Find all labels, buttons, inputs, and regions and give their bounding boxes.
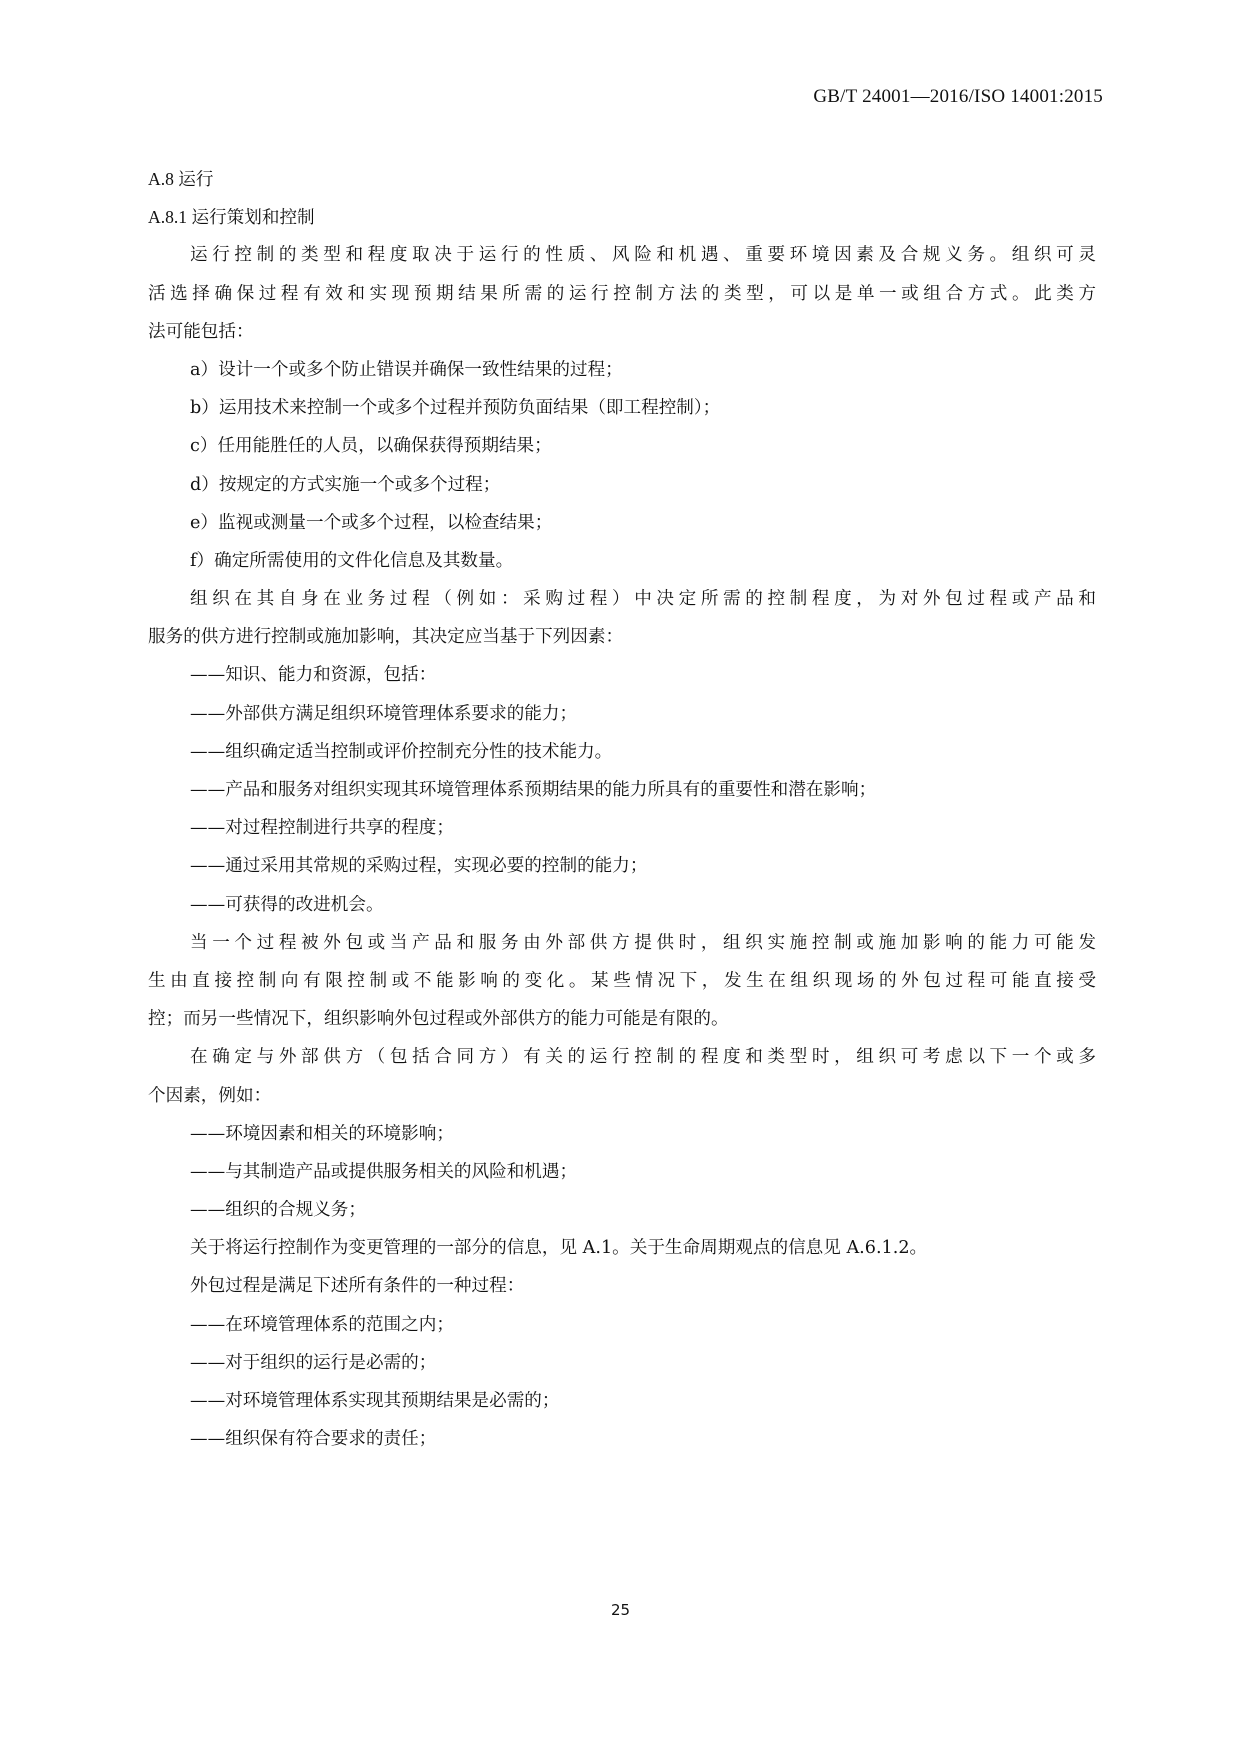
text-line: ——组织确定适当控制或评价控制充分性的技术能力。 bbox=[148, 733, 1096, 771]
page-number: 25 bbox=[0, 1601, 1241, 1619]
text-line: e）监视或测量一个或多个过程，以检查结果； bbox=[148, 504, 1096, 542]
text-line: 控；而另一些情况下，组织影响外包过程或外部供方的能力可能是有限的。 bbox=[148, 1000, 1096, 1038]
text-line: 关于将运行控制作为变更管理的一部分的信息，见 A.1。关于生命周期观点的信息见 … bbox=[148, 1229, 1096, 1267]
text-line: ——通过采用其常规的采购过程，实现必要的控制的能力； bbox=[148, 847, 1096, 885]
text-line: b）运用技术来控制一个或多个过程并预防负面结果（即工程控制）； bbox=[148, 389, 1096, 427]
text-line: 运行控制的类型和程度取决于运行的性质、风险和机遇、重要环境因素及合规义务。组织可… bbox=[148, 236, 1096, 274]
text-line: ——组织保有符合要求的责任； bbox=[148, 1420, 1096, 1458]
document-header: GB/T 24001—2016/ISO 14001:2015 bbox=[813, 86, 1103, 108]
text-line: 法可能包括： bbox=[148, 313, 1096, 351]
document-body: A.8 运行 A.8.1 运行策划和控制 运行控制的类型和程度取决于运行的性质、… bbox=[148, 160, 1096, 1458]
section-title: A.8 运行 bbox=[148, 160, 1096, 198]
text-line: 服务的供方进行控制或施加影响，其决定应当基于下列因素： bbox=[148, 618, 1096, 656]
text-line: ——环境因素和相关的环境影响； bbox=[148, 1115, 1096, 1153]
paragraph-lines: 运行控制的类型和程度取决于运行的性质、风险和机遇、重要环境因素及合规义务。组织可… bbox=[148, 236, 1096, 1458]
text-line: d）按规定的方式实施一个或多个过程； bbox=[148, 466, 1096, 504]
text-line: 在确定与外部供方（包括合同方）有关的运行控制的程度和类型时，组织可考虑以下一个或… bbox=[148, 1038, 1096, 1076]
text-line: ——对于组织的运行是必需的； bbox=[148, 1344, 1096, 1382]
text-line: ——与其制造产品或提供服务相关的风险和机遇； bbox=[148, 1153, 1096, 1191]
text-line: 生由直接控制向有限控制或不能影响的变化。某些情况下，发生在组织现场的外包过程可能… bbox=[148, 962, 1096, 1000]
text-line: ——可获得的改进机会。 bbox=[148, 886, 1096, 924]
text-line: ——对环境管理体系实现其预期结果是必需的； bbox=[148, 1382, 1096, 1420]
text-line: 组织在其自身在业务过程（例如：采购过程）中决定所需的控制程度，为对外包过程或产品… bbox=[148, 580, 1096, 618]
text-line: 当一个过程被外包或当产品和服务由外部供方提供时，组织实施控制或施加影响的能力可能… bbox=[148, 924, 1096, 962]
text-line: ——组织的合规义务； bbox=[148, 1191, 1096, 1229]
text-line: a）设计一个或多个防止错误并确保一致性结果的过程； bbox=[148, 351, 1096, 389]
text-line: c）任用能胜任的人员，以确保获得预期结果； bbox=[148, 427, 1096, 465]
standard-id: GB/T 24001—2016/ISO 14001:2015 bbox=[813, 86, 1103, 107]
text-line: ——外部供方满足组织环境管理体系要求的能力； bbox=[148, 695, 1096, 733]
text-line: 外包过程是满足下述所有条件的一种过程： bbox=[148, 1267, 1096, 1305]
text-line: f）确定所需使用的文件化信息及其数量。 bbox=[148, 542, 1096, 580]
text-line: ——在环境管理体系的范围之内； bbox=[148, 1306, 1096, 1344]
text-line: ——产品和服务对组织实现其环境管理体系预期结果的能力所具有的重要性和潜在影响； bbox=[148, 771, 1096, 809]
text-line: 活选择确保过程有效和实现预期结果所需的运行控制方法的类型，可以是单一或组合方式。… bbox=[148, 275, 1096, 313]
text-line: 个因素，例如： bbox=[148, 1077, 1096, 1115]
text-line: ——知识、能力和资源，包括： bbox=[148, 656, 1096, 694]
text-line: ——对过程控制进行共享的程度； bbox=[148, 809, 1096, 847]
subsection-title: A.8.1 运行策划和控制 bbox=[148, 198, 1096, 236]
